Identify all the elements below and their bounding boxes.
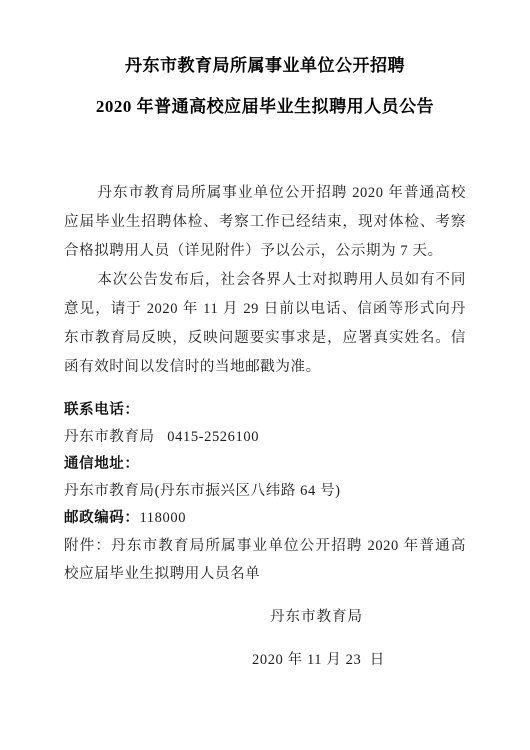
announcement-document-page: 丹东市教育局所属事业单位公开招聘 2020 年普通高校应届毕业生拟聘用人员公告 … [0, 0, 530, 750]
document-title-line-1: 丹东市教育局所属事业单位公开招聘 [64, 56, 466, 76]
contact-info-section: 联系电话： 丹东市教育局 0415-2526100 通信地址： 丹东市教育局(丹… [64, 397, 466, 588]
signature-organization: 丹东市教育局 [270, 604, 466, 631]
contact-phone-value: 丹东市教育局 0415-2526100 [64, 424, 466, 451]
paragraph-publicity-notice: 丹东市教育局所属事业单位公开招聘 2020 年普通高校应届毕业生招聘体检、考察工… [64, 179, 466, 266]
contact-address-value: 丹东市教育局(丹东市振兴区八纬路 64 号) [64, 478, 466, 505]
attachment-value: 丹东市教育局所属事业单位公开招聘 2020 年普通高校应届毕业生拟聘用人员名单 [64, 538, 466, 582]
signature-date: 2020 年 11 月 23 日 [252, 647, 466, 674]
paragraph-objection-instructions: 本次公告发布后，社会各界人士对拟聘用人员如有不同意见，请于 2020 年 11 … [64, 266, 466, 382]
postcode-label: 邮政编码： [64, 510, 140, 526]
document-title-line-2: 2020 年普通高校应届毕业生拟聘用人员公告 [64, 97, 466, 117]
contact-phone-label: 联系电话： [64, 397, 466, 424]
contact-address-label: 通信地址： [64, 451, 466, 478]
attachment-line: 附件：丹东市教育局所属事业单位公开招聘 2020 年普通高校应届毕业生拟聘用人员… [64, 532, 466, 588]
postcode-line: 邮政编码：118000 [64, 505, 466, 532]
attachment-label: 附件： [64, 538, 111, 554]
postcode-value: 118000 [140, 510, 187, 526]
